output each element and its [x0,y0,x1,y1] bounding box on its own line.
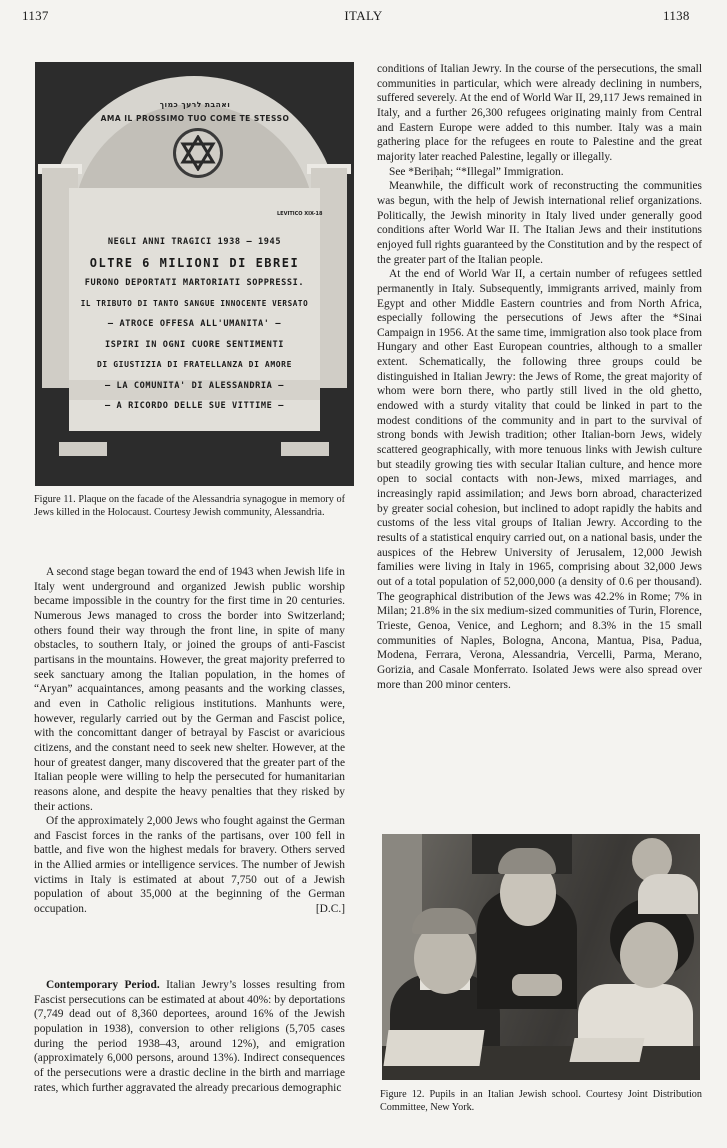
plaque-line: — LA COMUNITA' DI ALESSANDRIA — [69,376,320,397]
photo-face [620,922,678,988]
figure-11-caption: Figure 11. Plaque on the facade of the A… [34,493,345,519]
paragraph: A second stage began toward the end of 1… [34,565,345,814]
photo-hands [512,974,562,996]
photo-book [383,1030,484,1066]
paragraph: Contemporary Period. Italian Jewry’s los… [34,978,345,1095]
plaque-foot [59,442,107,456]
figure-12-caption: Figure 12. Pupils in an Italian Jewish s… [380,1088,702,1114]
photo-cap [412,908,476,934]
star-of-david-icon [173,128,223,178]
paragraph-text: Of the approximately 2,000 Jews who foug… [34,815,345,915]
plaque-line: DI GIUSTIZIA DI FRATELLANZA DI AMORE [69,355,320,376]
plaque-line: — ATROCE OFFESA ALL'UMANITA' — [69,314,320,335]
contemporary-period-section: Contemporary Period. Italian Jewry’s los… [34,978,345,1095]
plaque-line: OLTRE 6 MILIONI DI EBREI [69,253,320,274]
photo-child-back [638,874,698,914]
plaque-line: ISPIRI IN OGNI CUORE SENTIMENTI [69,335,320,356]
paragraph: conditions of Italian Jewry. In the cour… [377,62,702,165]
plaque-motto: AMA IL PROSSIMO TUO COME TE STESSO [95,114,295,123]
plaque-hebrew-inscription: ואהבת לרעך כמוך [95,100,295,109]
plaque-foot [281,442,329,456]
plaque-line: IL TRIBUTO DI TANTO SANGUE INNOCENTE VER… [69,294,320,315]
paragraph: Meanwhile, the difficult work of reconst… [377,179,702,267]
photo-cap [498,848,556,874]
figure-12-school-photo [382,834,700,1080]
section-heading: Contemporary Period. [46,979,160,991]
plaque-reference: LEVITICO XIX-18 [277,211,322,217]
author-signature: [D.C.] [304,902,345,917]
plaque-line: FURONO DEPORTATI MARTORIATI SOPPRESSI. [69,273,320,294]
figure-11-plaque-photo: ואהבת לרעך כמוך AMA IL PROSSIMO TUO COME… [35,62,354,486]
paragraph: At the end of World War II, a certain nu… [377,267,702,692]
plaque-inscription: NEGLI ANNI TRAGICI 1938 — 1945 OLTRE 6 M… [69,232,320,417]
plaque-line: NEGLI ANNI TRAGICI 1938 — 1945 [69,232,320,253]
page-number-right: 1138 [663,8,690,24]
paragraph: Of the approximately 2,000 Jews who foug… [34,814,345,917]
plaque-line: — A RICORDO DELLE SUE VITTIME — [69,396,320,417]
cross-reference: See *Beriḥah; “*Illegal” Immigration. [377,165,702,180]
left-column-text: A second stage began toward the end of 1… [34,565,345,917]
paragraph-text: Italian Jewry’s losses resulting from Fa… [34,979,345,1094]
right-column-text: conditions of Italian Jewry. In the cour… [377,62,702,692]
photo-book [569,1038,644,1062]
running-title: ITALY [0,8,727,24]
